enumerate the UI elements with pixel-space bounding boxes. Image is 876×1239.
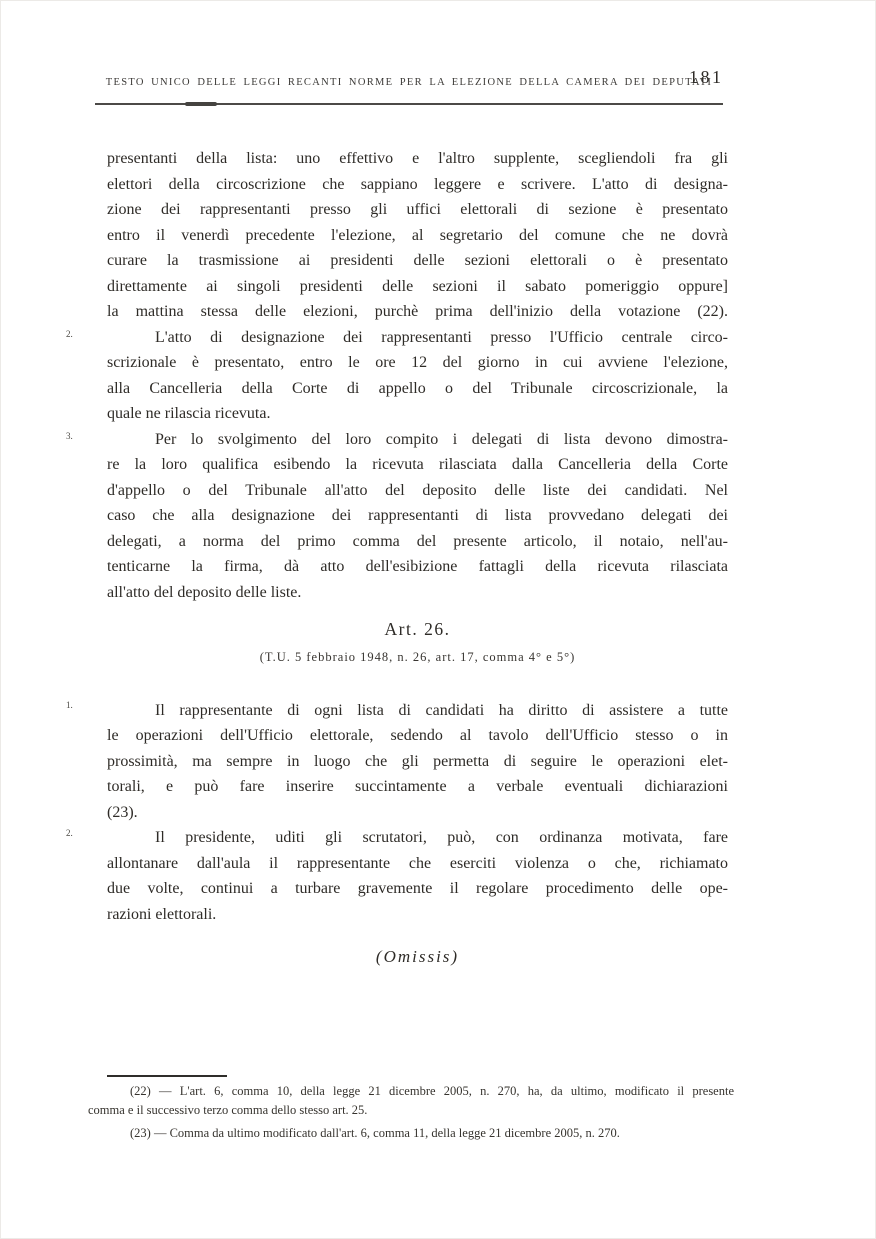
- comma-number-marker: 2.: [66, 329, 73, 339]
- text-column: presentanti della lista: uno effettivo e…: [107, 146, 728, 970]
- article-heading: Art. 26.: [107, 617, 728, 643]
- omissis-note: (Omissis): [107, 944, 728, 970]
- comma-number-marker: 2.: [66, 828, 73, 838]
- paragraph: L'atto di designazione dei rappresentant…: [107, 325, 728, 427]
- paragraph: Per lo svolgimento del loro compito i de…: [107, 427, 728, 606]
- footnote-22: (22) — L'art. 6, comma 10, della legge 2…: [88, 1082, 734, 1119]
- paragraph-continuation: presentanti della lista: uno effettivo e…: [107, 146, 728, 325]
- running-header: TESTO UNICO DELLE LEGGI RECANTI NORME PE…: [95, 77, 723, 88]
- document-page: TESTO UNICO DELLE LEGGI RECANTI NORME PE…: [0, 0, 876, 1239]
- paragraph: Il presidente, uditi gli scrutatori, può…: [107, 825, 728, 927]
- footnote-separator-rule: [107, 1075, 227, 1077]
- paragraph: Il rappresentante di ogni lista di candi…: [107, 698, 728, 826]
- footnotes-block: (22) — L'art. 6, comma 10, della legge 2…: [88, 1082, 734, 1143]
- comma-number-marker: 3.: [66, 431, 73, 441]
- comma-number-marker: 1.: [66, 700, 73, 710]
- page-number: 181: [689, 67, 734, 88]
- article-source-note: (T.U. 5 febbraio 1948, n. 26, art. 17, c…: [107, 648, 728, 666]
- footnote-23: (23) — Comma da ultimo modificato dall'a…: [88, 1124, 734, 1143]
- header-rule-blot: [185, 102, 217, 106]
